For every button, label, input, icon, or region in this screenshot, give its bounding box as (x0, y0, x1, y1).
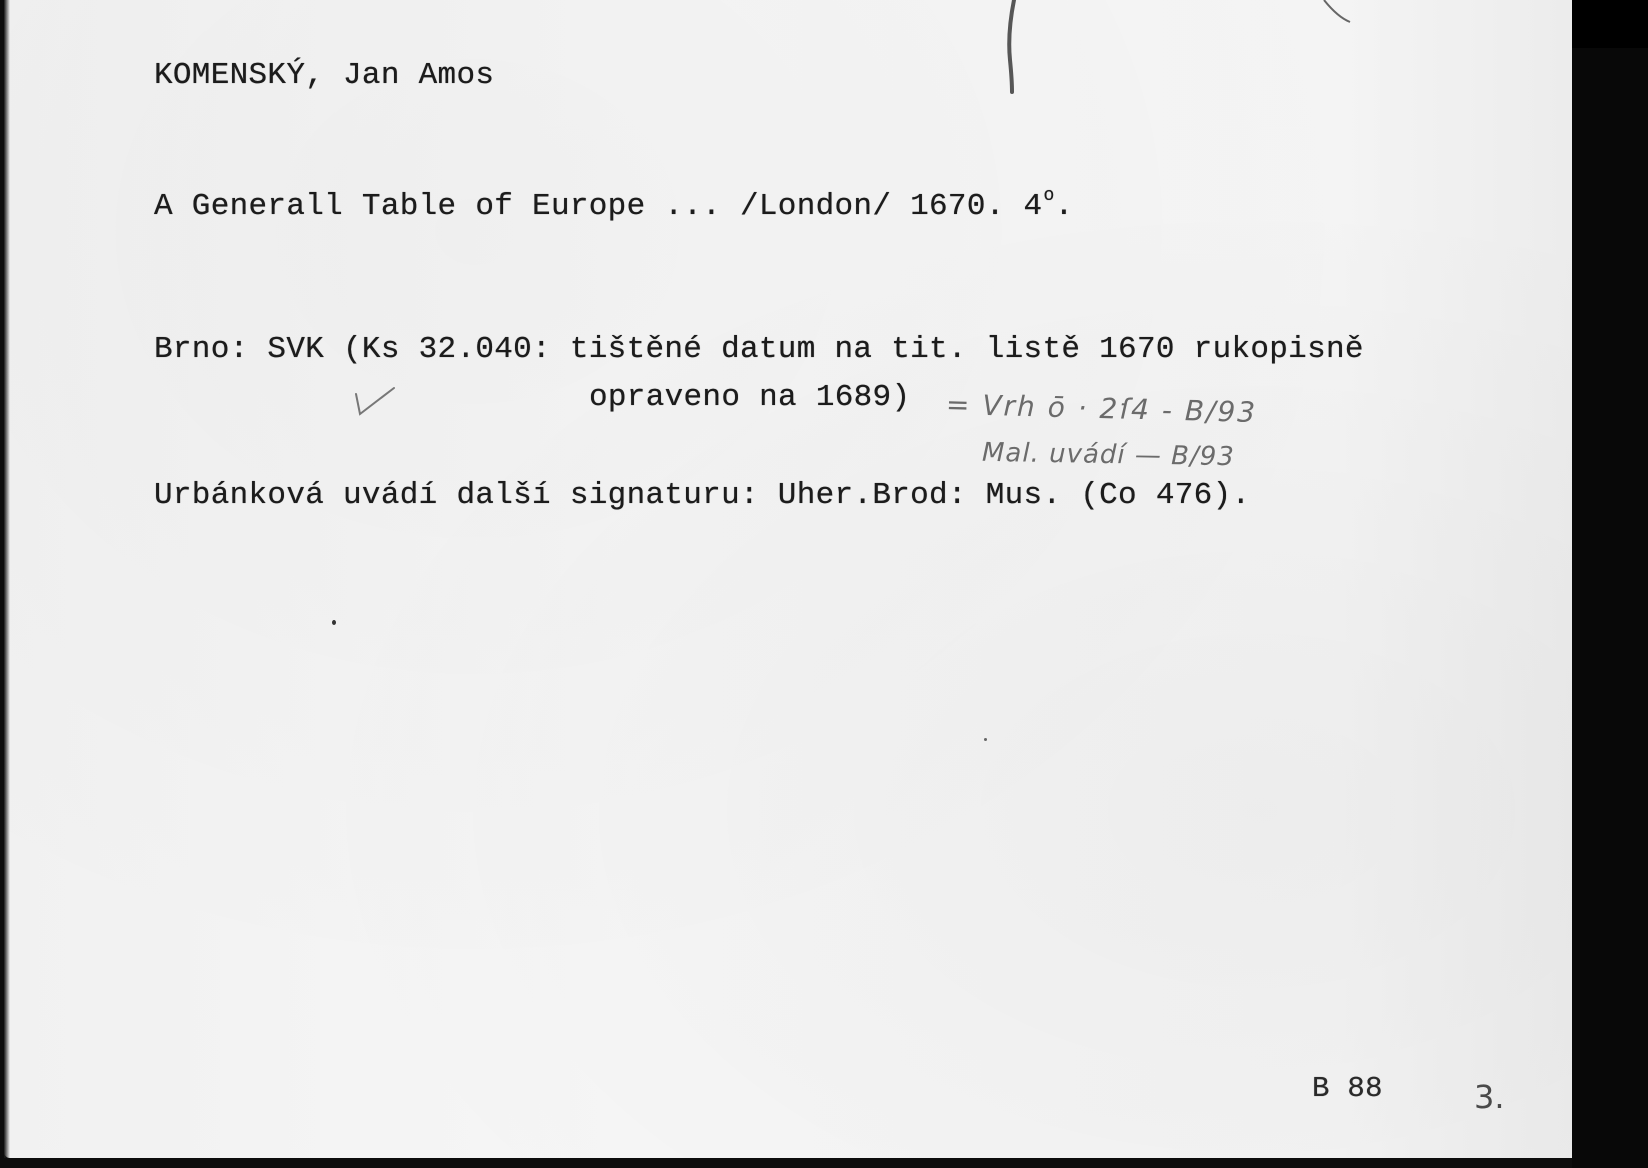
pencil-mark-icon (1320, 0, 1360, 26)
holding-line-1: Brno: SVK (Ks 32.040: tištěné datum na t… (154, 332, 1364, 367)
author-heading: KOMENSKÝ, Jan Amos (154, 58, 494, 93)
checkmark-icon (352, 384, 398, 418)
other-location-note: Urbánková uvádí další signaturu: Uher.Br… (154, 478, 1250, 513)
title-entry: A Generall Table of Europe ... /London/ … (154, 186, 1073, 224)
title-trailing: . (1055, 189, 1074, 224)
shelfmark: B 88 (1312, 1072, 1383, 1105)
format-superscript: o (1043, 186, 1054, 206)
handwritten-note-2: Mal. uvádí — B/93 (982, 438, 1235, 472)
card-page-number: 3. (1474, 1078, 1505, 1116)
handwritten-note-1: = Vrh ō · 2ſ4 - B/93 (946, 388, 1258, 429)
holding-line-2: opraveno na 1689) (589, 380, 910, 415)
scan-border (1572, 0, 1648, 1168)
paper-speck (332, 620, 336, 625)
catalog-card: KOMENSKÝ, Jan Amos A Generall Table of E… (4, 0, 1572, 1158)
scanned-catalog-card: KOMENSKÝ, Jan Amos A Generall Table of E… (0, 0, 1648, 1168)
pencil-mark-icon (1000, 0, 1030, 100)
title-text: A Generall Table of Europe ... /London/ … (154, 189, 1042, 224)
paper-speck (984, 738, 987, 741)
